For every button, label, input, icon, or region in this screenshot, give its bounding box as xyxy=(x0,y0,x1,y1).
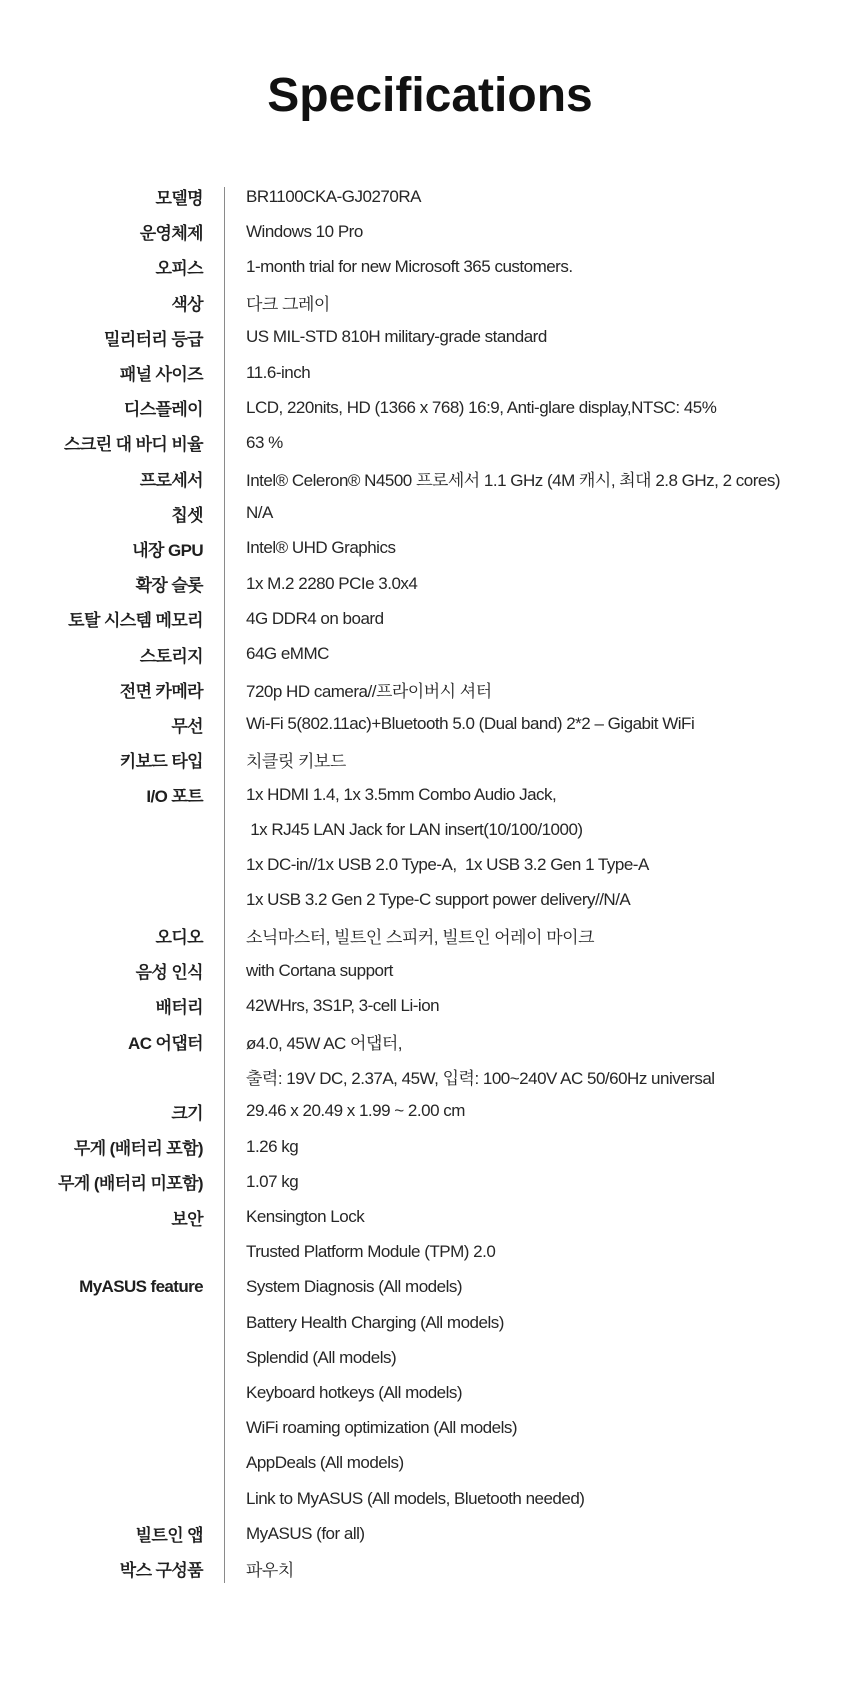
spec-label: MyASUS feature xyxy=(0,1277,203,1297)
spec-row-security-cont: Trusted Platform Module (TPM) 2.0 xyxy=(0,1235,860,1270)
spec-value: N/A xyxy=(246,503,273,523)
spec-value: Trusted Platform Module (TPM) 2.0 xyxy=(246,1242,495,1262)
spec-row-ac-adapter: AC 어댑터ø4.0, 45W AC 어댑터, xyxy=(0,1024,860,1059)
spec-row-myasus-feature-cont: Battery Health Charging (All models) xyxy=(0,1305,860,1340)
spec-value: 720p HD camera//프라이버시 셔터 xyxy=(246,677,492,702)
spec-value: System Diagnosis (All models) xyxy=(246,1277,462,1297)
spec-value: 4G DDR4 on board xyxy=(246,609,384,629)
spec-row-io-ports-cont: 1x RJ45 LAN Jack for LAN insert(10/100/1… xyxy=(0,812,860,847)
spec-label: 무게 (배터리 미포함) xyxy=(0,1169,203,1194)
spec-value: 파우치 xyxy=(246,1556,294,1581)
spec-value: Battery Health Charging (All models) xyxy=(246,1313,504,1333)
spec-value: 63 % xyxy=(246,433,283,453)
spec-row-screen-to-body: 스크린 대 바디 비율63 % xyxy=(0,425,860,460)
spec-value: 1.07 kg xyxy=(246,1172,298,1192)
spec-row-weight-without-battery: 무게 (배터리 미포함)1.07 kg xyxy=(0,1164,860,1199)
spec-label: 음성 인식 xyxy=(0,958,203,983)
page-title: Specifications xyxy=(0,62,860,130)
spec-value: 다크 그레이 xyxy=(246,290,330,315)
spec-value: Kensington Lock xyxy=(246,1207,364,1227)
spec-row-model: 모델명BR1100CKA-GJ0270RA xyxy=(0,179,860,214)
spec-row-box-contents: 박스 구성품파우치 xyxy=(0,1551,860,1586)
spec-value: 64G eMMC xyxy=(246,644,329,664)
spec-row-front-camera: 전면 카메라720p HD camera//프라이버시 셔터 xyxy=(0,672,860,707)
spec-row-myasus-feature-cont: Keyboard hotkeys (All models) xyxy=(0,1375,860,1410)
spec-value: Windows 10 Pro xyxy=(246,222,363,242)
spec-row-display: 디스플레이LCD, 220nits, HD (1366 x 768) 16:9,… xyxy=(0,390,860,425)
spec-value: LCD, 220nits, HD (1366 x 768) 16:9, Anti… xyxy=(246,398,716,418)
spec-row-builtin-app: 빌트인 앱MyASUS (for all) xyxy=(0,1516,860,1551)
spec-label: 무선 xyxy=(0,712,203,737)
spec-value: 1x M.2 2280 PCIe 3.0x4 xyxy=(246,574,417,594)
spec-label: 토탈 시스템 메모리 xyxy=(0,606,203,631)
spec-value: 소닉마스터, 빌트인 스피커, 빌트인 어레이 마이크 xyxy=(246,923,594,948)
spec-row-memory: 토탈 시스템 메모리4G DDR4 on board xyxy=(0,601,860,636)
spec-value: ø4.0, 45W AC 어댑터, xyxy=(246,1029,402,1054)
spec-row-chipset: 칩셋N/A xyxy=(0,496,860,531)
spec-row-myasus-feature: MyASUS featureSystem Diagnosis (All mode… xyxy=(0,1270,860,1305)
spec-label: 빌트인 앱 xyxy=(0,1521,203,1546)
spec-row-wireless: 무선Wi-Fi 5(802.11ac)+Bluetooth 5.0 (Dual … xyxy=(0,707,860,742)
spec-value: Link to MyASUS (All models, Bluetooth ne… xyxy=(246,1489,584,1509)
spec-value: MyASUS (for all) xyxy=(246,1524,365,1544)
spec-value: AppDeals (All models) xyxy=(246,1453,404,1473)
spec-row-io-ports: I/O 포트1x HDMI 1.4, 1x 3.5mm Combo Audio … xyxy=(0,777,860,812)
spec-row-os: 운영체제Windows 10 Pro xyxy=(0,214,860,249)
spec-label: 디스플레이 xyxy=(0,395,203,420)
spec-value: BR1100CKA-GJ0270RA xyxy=(246,187,421,207)
spec-row-office: 오피스1-month trial for new Microsoft 365 c… xyxy=(0,249,860,284)
spec-label: 박스 구성품 xyxy=(0,1556,203,1581)
spec-row-gpu: 내장 GPUIntel® UHD Graphics xyxy=(0,531,860,566)
spec-value: 11.6-inch xyxy=(246,363,310,383)
spec-row-keyboard: 키보드 타입치클릿 키보드 xyxy=(0,742,860,777)
spec-value: 1-month trial for new Microsoft 365 cust… xyxy=(246,257,573,277)
spec-value: 1x DC-in//1x USB 2.0 Type-A, 1x USB 3.2 … xyxy=(246,855,649,875)
spec-value: Intel® UHD Graphics xyxy=(246,538,395,558)
spec-row-weight-with-battery: 무게 (배터리 포함)1.26 kg xyxy=(0,1129,860,1164)
spec-row-storage: 스토리지64G eMMC xyxy=(0,636,860,671)
spec-row-military-grade: 밀리터리 등급US MIL-STD 810H military-grade st… xyxy=(0,320,860,355)
spec-row-myasus-feature-cont: Link to MyASUS (All models, Bluetooth ne… xyxy=(0,1481,860,1516)
spec-row-myasus-feature-cont: WiFi roaming optimization (All models) xyxy=(0,1411,860,1446)
spec-row-battery: 배터리42WHrs, 3S1P, 3-cell Li-ion xyxy=(0,988,860,1023)
spec-label: 스크린 대 바디 비율 xyxy=(0,430,203,455)
spec-row-io-ports-cont: 1x DC-in//1x USB 2.0 Type-A, 1x USB 3.2 … xyxy=(0,848,860,883)
spec-value: US MIL-STD 810H military-grade standard xyxy=(246,327,547,347)
spec-label: 오피스 xyxy=(0,254,203,279)
spec-row-io-ports-cont: 1x USB 3.2 Gen 2 Type-C support power de… xyxy=(0,883,860,918)
spec-row-security: 보안Kensington Lock xyxy=(0,1199,860,1234)
spec-row-myasus-feature-cont: AppDeals (All models) xyxy=(0,1446,860,1481)
spec-value: 1x USB 3.2 Gen 2 Type-C support power de… xyxy=(246,890,630,910)
spec-table: 모델명BR1100CKA-GJ0270RA 운영체제Windows 10 Pro… xyxy=(0,179,860,1587)
spec-label: 배터리 xyxy=(0,993,203,1018)
spec-value: WiFi roaming optimization (All models) xyxy=(246,1418,517,1438)
spec-value: 1x RJ45 LAN Jack for LAN insert(10/100/1… xyxy=(246,820,583,840)
spec-row-voice-recognition: 음성 인식with Cortana support xyxy=(0,953,860,988)
spec-value: Intel® Celeron® N4500 프로세서 1.1 GHz (4M 캐… xyxy=(246,466,780,491)
spec-label: 프로세서 xyxy=(0,466,203,491)
spec-value: 1x HDMI 1.4, 1x 3.5mm Combo Audio Jack, xyxy=(246,785,556,805)
spec-label: 모델명 xyxy=(0,184,203,209)
spec-row-myasus-feature-cont: Splendid (All models) xyxy=(0,1340,860,1375)
spec-label: 키보드 타입 xyxy=(0,747,203,772)
spec-value: Wi-Fi 5(802.11ac)+Bluetooth 5.0 (Dual ba… xyxy=(246,714,694,734)
spec-row-panel-size: 패널 사이즈11.6-inch xyxy=(0,355,860,390)
spec-row-ac-adapter-cont: 출력: 19V DC, 2.37A, 45W, 입력: 100~240V AC … xyxy=(0,1059,860,1094)
spec-value: Splendid (All models) xyxy=(246,1348,396,1368)
spec-label: 보안 xyxy=(0,1205,203,1230)
spec-label: AC 어댑터 xyxy=(0,1029,203,1054)
spec-label: 크기 xyxy=(0,1099,203,1124)
spec-row-audio: 오디오소닉마스터, 빌트인 스피커, 빌트인 어레이 마이크 xyxy=(0,918,860,953)
spec-row-dimensions: 크기29.46 x 20.49 x 1.99 ~ 2.00 cm xyxy=(0,1094,860,1129)
spec-value: 치클릿 키보드 xyxy=(246,747,346,772)
spec-row-expansion-slot: 확장 슬롯1x M.2 2280 PCIe 3.0x4 xyxy=(0,566,860,601)
spec-label: 확장 슬롯 xyxy=(0,571,203,596)
spec-label: 무게 (배터리 포함) xyxy=(0,1134,203,1159)
spec-value: Keyboard hotkeys (All models) xyxy=(246,1383,462,1403)
spec-value: 1.26 kg xyxy=(246,1137,298,1157)
spec-label: 칩셋 xyxy=(0,501,203,526)
spec-value: 출력: 19V DC, 2.37A, 45W, 입력: 100~240V AC … xyxy=(246,1064,715,1089)
spec-label: 스토리지 xyxy=(0,642,203,667)
spec-label: 오디오 xyxy=(0,923,203,948)
spec-label: 운영체제 xyxy=(0,219,203,244)
spec-label: 색상 xyxy=(0,290,203,315)
spec-value: with Cortana support xyxy=(246,961,393,981)
spec-label: 전면 카메라 xyxy=(0,677,203,702)
spec-label: 내장 GPU xyxy=(0,536,203,561)
spec-row-color: 색상다크 그레이 xyxy=(0,285,860,320)
spec-label: I/O 포트 xyxy=(0,782,203,807)
spec-row-processor: 프로세서Intel® Celeron® N4500 프로세서 1.1 GHz (… xyxy=(0,461,860,496)
spec-value: 29.46 x 20.49 x 1.99 ~ 2.00 cm xyxy=(246,1101,465,1121)
spec-label: 패널 사이즈 xyxy=(0,360,203,385)
spec-value: 42WHrs, 3S1P, 3-cell Li-ion xyxy=(246,996,439,1016)
spec-label: 밀리터리 등급 xyxy=(0,325,203,350)
